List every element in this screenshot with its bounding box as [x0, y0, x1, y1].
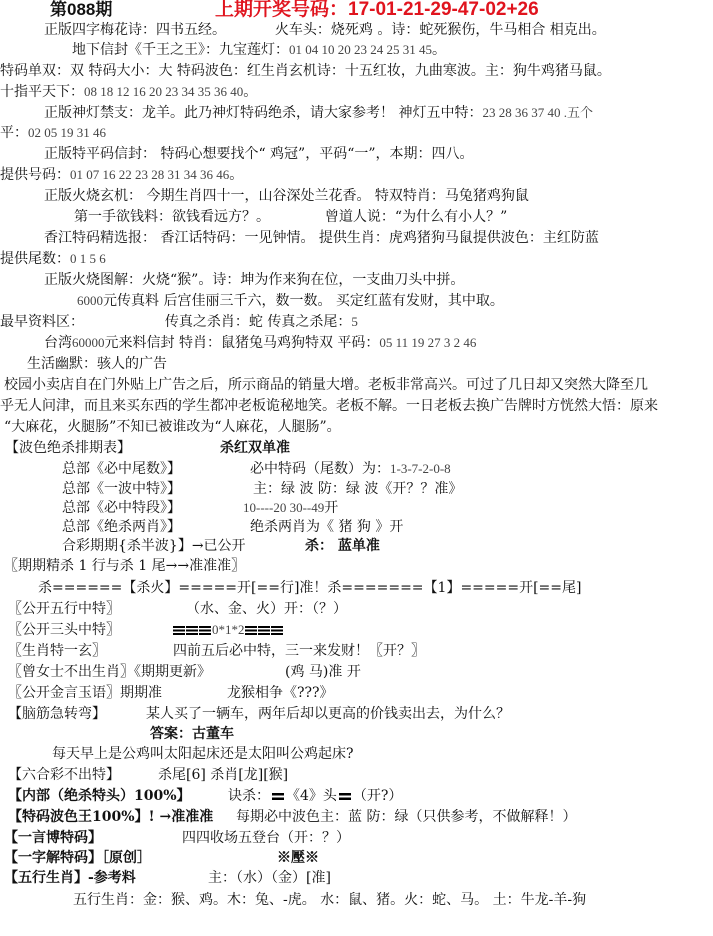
fax-amount: 6000: [77, 293, 103, 308]
brain-teaser-label: 【脑筋急转弯】: [8, 706, 106, 723]
punct: 。: [243, 84, 257, 100]
wave-row-right-label: 杀：: [305, 538, 333, 554]
provided-numbers-line: 提供号码：01 07 16 22 23 28 31 34 36 46。: [0, 167, 243, 184]
fax-kill-tail: 5: [351, 314, 358, 329]
magic-lamp-text: 正版神灯禁支：龙羊。此乃神灯特码绝杀，请大家参考！ 神灯五中特：: [44, 105, 482, 121]
one-char-value: ※壓※: [277, 850, 319, 867]
zodiac-mystery-label: 〖生肖特一玄〗: [8, 643, 106, 660]
humor-paragraph-1: 校园小卖店自在门外贴上广告之后，所示商品的销量大增。老板非常高兴。可过了几日却又…: [4, 377, 648, 394]
trigram-icon: [271, 626, 283, 635]
humor-paragraph-2: 乎无人问津，而且来买东西的学生都冲老板诡秘地笑。老板不解。一日老板去换广告牌时方…: [0, 398, 658, 415]
wave-row-right: 绝杀两肖为《 猪 狗 》开: [250, 519, 403, 536]
zodiac-mystery-value: 四前五后必中特，三一来发财！〖开？〗: [173, 643, 425, 660]
one-word-bet-label: 【一言博特码】: [4, 830, 102, 847]
wave-row-right: 10----20 30--49开: [243, 500, 338, 517]
envelope-hint-line: 正版特平码信封： 特码心想要找个“ 鸡冠”，平码“一”，本期：四八。: [44, 146, 474, 163]
earliest-info-line: 最早资料区： 传真之杀肖：蛇 传真之杀尾：5: [0, 314, 358, 331]
trigram-icon: [186, 626, 198, 635]
wave-table-title-right: 杀红双单准: [220, 440, 290, 457]
provided-tails-line: 提供尾数：0 1 5 6: [0, 251, 106, 268]
ten-fingers-numbers: 08 18 12 16 20 23 34 35 36 40: [84, 84, 243, 99]
provided-numbers-label: 提供号码：: [0, 167, 70, 183]
wave-king-label: 【特码波色王100%】! →准准准: [8, 809, 213, 826]
one-char-label: 【一字解特码】［原创］: [4, 850, 151, 867]
flat-label: 平：: [0, 125, 28, 141]
five-element-label: 〖公开五行中特〗: [8, 601, 120, 618]
magic-lamp-line-cont: 平：02 05 19 31 46: [0, 125, 106, 142]
wave-row-right-label: 10----20 30--49: [243, 500, 324, 515]
first-hand-text: 第一手欲钱料：欲钱看远方？。: [74, 209, 270, 225]
taiwan-amount: 60000: [72, 335, 105, 350]
wave-king-value: 每期必中波色主：蓝 防：绿（只供参考，不做解释！）: [236, 809, 576, 826]
wave-row-left: 总部《一波中特》】: [62, 481, 181, 498]
humor-title: 生活幽默：骇人的广告: [27, 356, 167, 373]
three-heads-label: 〖公开三头中特〗: [8, 622, 120, 639]
fire-mystery-line: 正版火烧玄机： 今期生肖四十一，山谷深处兰花香。 特双特肖：马兔猪鸡狗鼠: [44, 188, 529, 205]
wave-row-left: 总部《绝杀两肖》】: [62, 519, 181, 536]
punct: 。: [432, 42, 446, 58]
internal-kill-head: 《4》头: [286, 788, 337, 804]
provided-numbers: 01 07 16 22 23 28 31 34 36 46: [70, 167, 229, 182]
internal-kill-prefix: 诀杀：: [228, 788, 270, 804]
provided-tails: 0 1 5 6: [70, 251, 106, 266]
first-hand-line: 第一手欲钱料：欲钱看远方？。 曾道人说：“为什么有小人？”: [74, 209, 507, 226]
trigram-icon: [173, 626, 185, 635]
fax-material-line: 6000元传真料 后宫佳丽三千六，数一数。 买定红蓝有发财，其中取。: [77, 293, 504, 310]
hongkong-special-line: 香江特码精选报： 香江话特码：一见钟情。 提供生肖：虎鸡猪狗马鼠提供波色：主红防…: [44, 230, 599, 247]
internal-kill-label: 【内部（绝杀特头）100%】: [8, 788, 191, 805]
brain-teaser-question: 某人买了一辆车，两年后却以更高的价钱卖出去，为什么？: [146, 706, 510, 723]
no-special-label: 【六合彩不出特】: [8, 767, 120, 784]
trigram-icon: [272, 793, 284, 800]
special-code-attributes: 特码单双：双 特码大小：大 特码波色：红生肖玄机诗：十五红妆，九曲寒波。主：狗牛…: [0, 63, 611, 80]
punct: 。: [229, 167, 243, 183]
wave-row-right-value: 开: [324, 500, 338, 516]
fire-diagram-line: 正版火烧图解：火烧“猴”。诗：坤为作来狗在位，一支曲刀头中拼。: [44, 272, 464, 289]
magic-lamp-line: 正版神灯禁支：龙羊。此乃神灯特码绝杀，请大家参考！ 神灯五中特：23 28 36…: [44, 105, 593, 122]
trigram-icon: [339, 793, 351, 800]
plum-poem-line: 正版四字梅花诗：四书五经。 火车头：烧死鸡 。诗：蛇死猴伤，牛马相合 相克出。: [44, 22, 606, 39]
three-heads-numbers: 0*1*2: [212, 622, 245, 637]
underground-envelope-label: 地下信封《千王之王》：九宝莲灯：: [72, 42, 289, 58]
last-draw-numbers: 17-01-21-29-47-02+26: [348, 0, 539, 20]
ten-fingers-line: 十指平天下：08 18 12 16 20 23 34 35 36 40。: [0, 84, 257, 101]
wave-row-right-label: 必中特码（尾数）为：: [250, 461, 390, 477]
last-draw-result: 上期开奖号码：17-01-21-29-47-02+26: [215, 0, 539, 22]
train-head: 火车头：烧死鸡 。诗：蛇死猴伤，牛马相合 相克出。: [275, 22, 606, 38]
five-element-zodiac-label: 【五行生肖】-参考料: [4, 870, 136, 887]
five-element-value: （水、金、火）开：（？）: [186, 601, 347, 618]
wave-row-left: 总部《必中尾数》】: [62, 461, 181, 478]
fax-kill: 传真之杀肖：蛇 传真之杀尾：: [165, 314, 351, 330]
brain-teaser-answer: 答案：古董车: [150, 726, 234, 743]
wave-row-right-value: 蓝单准: [338, 538, 380, 554]
taiwan-text: 元来料信封 特肖：鼠猪兔马鸡狗特双 平码：: [105, 335, 380, 351]
ten-fingers-label: 十指平天下：: [0, 84, 84, 100]
golden-words-value: 龙猴相争《???》: [227, 685, 334, 702]
taiwan-envelope-line: 台湾60000元来料信封 特肖：鼠猪兔马鸡狗特双 平码：05 11 19 27 …: [44, 335, 476, 352]
internal-kill-open: （开?）: [353, 788, 403, 804]
golden-words-label: 〖公开金言玉语〗期期准: [8, 685, 162, 702]
trigram-icon: [199, 626, 211, 635]
one-word-bet-value: 四四收场五登台（开：？）: [182, 830, 350, 847]
wave-row-right: 必中特码（尾数）为：1-3-7-2-0-8: [250, 461, 451, 478]
magic-lamp-numbers: 23 28 36 37 40 .五个: [482, 105, 593, 120]
fax-text: 元传真料 后宫佳丽三千六，数一数。 买定红蓝有发财，其中取。: [103, 293, 504, 309]
precise-kill-title: 〖期期精杀 1 行与杀 1 尾→→准准准〗: [4, 558, 245, 575]
humor-paragraph-3: “大麻花，火腿肠”不知已被谁改为“人麻花，人腿肠”。: [4, 419, 341, 436]
wave-row-left: 总部《必中特段》】: [62, 500, 181, 517]
wave-row-right: 杀： 蓝单准: [305, 538, 380, 555]
ms-zeng-value: (鸡 马)准 开: [285, 664, 361, 681]
wave-row-right-value: 1-3-7-2-0-8: [390, 461, 451, 476]
internal-kill-value: 诀杀：《4》头（开?）: [228, 788, 402, 805]
zeng-says: 曾道人说：“为什么有小人？”: [325, 209, 507, 225]
five-element-zodiac-list: 五行生肖：金：猴、鸡。木：兔、-虎。 水：鼠、猪。火：蛇、马。 土：牛龙-羊-狗: [73, 892, 586, 909]
underground-envelope-line: 地下信封《千王之王》：九宝莲灯：01 04 10 20 23 24 25 31 …: [72, 42, 446, 59]
last-draw-label: 上期开奖号码：: [215, 0, 348, 20]
trigram-icon: [258, 626, 270, 635]
taiwan-flat-numbers: 05 11 19 27 3 2 46: [379, 335, 476, 350]
ms-zeng-label: 〖曾女士不出生肖〗《期期更新》: [8, 664, 211, 681]
three-heads-value: 0*1*2: [173, 622, 284, 639]
trigram-icon: [245, 626, 257, 635]
five-element-zodiac-main: 主：（水）（金）[准]: [208, 870, 331, 887]
underground-envelope-numbers: 01 04 10 20 23 24 25 31 45: [289, 42, 432, 57]
rooster-riddle: 每天早上是公鸡叫太阳起床还是太阳叫公鸡起床?: [52, 746, 354, 763]
no-special-value: 杀尾[6] 杀肖[龙][猴]: [158, 767, 288, 784]
flat-numbers: 02 05 19 31 46: [28, 125, 106, 140]
wave-row-left: 合彩期期{杀半波}】→已公开: [62, 538, 246, 555]
wave-table-title: 【波色绝杀排期表】: [5, 440, 131, 457]
kill-element-line: 杀======【杀火】=====开[==行]准！杀=======【1】=====…: [38, 580, 581, 597]
plum-poem: 正版四字梅花诗：四书五经。: [44, 22, 226, 38]
earliest-info-label: 最早资料区：: [0, 314, 84, 330]
period-number: 第088期: [50, 0, 112, 20]
taiwan-label: 台湾: [44, 335, 72, 351]
provided-tails-label: 提供尾数：: [0, 251, 70, 267]
wave-row-right: 主：绿 波 防：绿 波《开？？准》: [253, 481, 462, 498]
